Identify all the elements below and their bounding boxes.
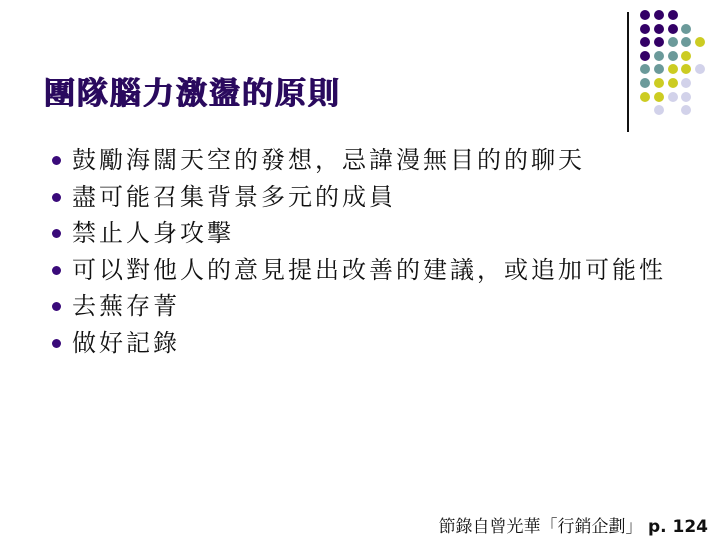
citation-page: p. 124	[648, 517, 708, 537]
bullet-item: 盡可能召集背景多元的成員	[52, 180, 692, 215]
decorative-dot	[668, 78, 678, 88]
slide: 團隊腦力激盪的原則 鼓勵海闊天空的發想，忌諱漫無目的的聊天 盡可能召集背景多元的…	[0, 0, 720, 540]
decorative-dot	[668, 37, 678, 47]
decorative-dot	[654, 64, 664, 74]
source-citation: 節錄自曾光華「行銷企劃」 p. 124	[439, 512, 708, 537]
decorative-dot	[640, 92, 650, 102]
bullet-text: 禁止人身攻擊	[72, 216, 692, 251]
bullet-icon	[52, 193, 61, 202]
decorative-dot	[668, 10, 678, 20]
decorative-dot	[681, 24, 691, 34]
decorative-dot	[681, 37, 691, 47]
decorative-dot	[668, 92, 678, 102]
decorative-dot	[695, 37, 705, 47]
bullet-icon	[52, 302, 61, 311]
bullet-list: 鼓勵海闊天空的發想，忌諱漫無目的的聊天 盡可能召集背景多元的成員 禁止人身攻擊 …	[52, 143, 692, 362]
decorative-dot	[668, 64, 678, 74]
bullet-item: 鼓勵海闊天空的發想，忌諱漫無目的的聊天	[52, 143, 692, 178]
bullet-text: 做好記錄	[72, 326, 692, 361]
bullet-item: 去蕪存菁	[52, 289, 692, 324]
bullet-item: 可以對他人的意見提出改善的建議，或追加可能性	[52, 253, 692, 288]
decorative-dot	[668, 51, 678, 61]
citation-source: 節錄自曾光華「行銷企劃」	[439, 517, 643, 537]
decorative-dot	[654, 10, 664, 20]
decorative-dot	[681, 64, 691, 74]
decorative-dot	[640, 10, 650, 20]
bullet-text: 盡可能召集背景多元的成員	[72, 180, 692, 215]
bullet-icon	[52, 266, 61, 275]
decorative-dot	[654, 24, 664, 34]
decorative-dot	[654, 51, 664, 61]
decorative-dot	[681, 51, 691, 61]
decorative-dot	[695, 64, 705, 74]
decorative-dot	[654, 92, 664, 102]
slide-title: 團隊腦力激盪的原則	[44, 74, 341, 114]
vertical-divider	[627, 12, 629, 132]
bullet-icon	[52, 339, 61, 348]
bullet-icon	[52, 156, 61, 165]
bullet-text: 鼓勵海闊天空的發想，忌諱漫無目的的聊天	[72, 143, 692, 178]
decorative-dot	[640, 24, 650, 34]
decorative-dot	[640, 64, 650, 74]
decorative-dot	[654, 37, 664, 47]
decorative-dot	[640, 78, 650, 88]
decorative-dot	[640, 37, 650, 47]
bullet-text: 可以對他人的意見提出改善的建議，或追加可能性	[72, 253, 692, 288]
decorative-dot-grid	[640, 10, 720, 130]
decorative-dot	[681, 105, 691, 115]
decorative-dot	[681, 92, 691, 102]
decorative-dot	[681, 78, 691, 88]
bullet-item: 做好記錄	[52, 326, 692, 361]
decorative-dot	[668, 24, 678, 34]
decorative-dot	[654, 78, 664, 88]
bullet-item: 禁止人身攻擊	[52, 216, 692, 251]
bullet-icon	[52, 229, 61, 238]
decorative-dot	[640, 51, 650, 61]
bullet-text: 去蕪存菁	[72, 289, 692, 324]
decorative-dot	[654, 105, 664, 115]
